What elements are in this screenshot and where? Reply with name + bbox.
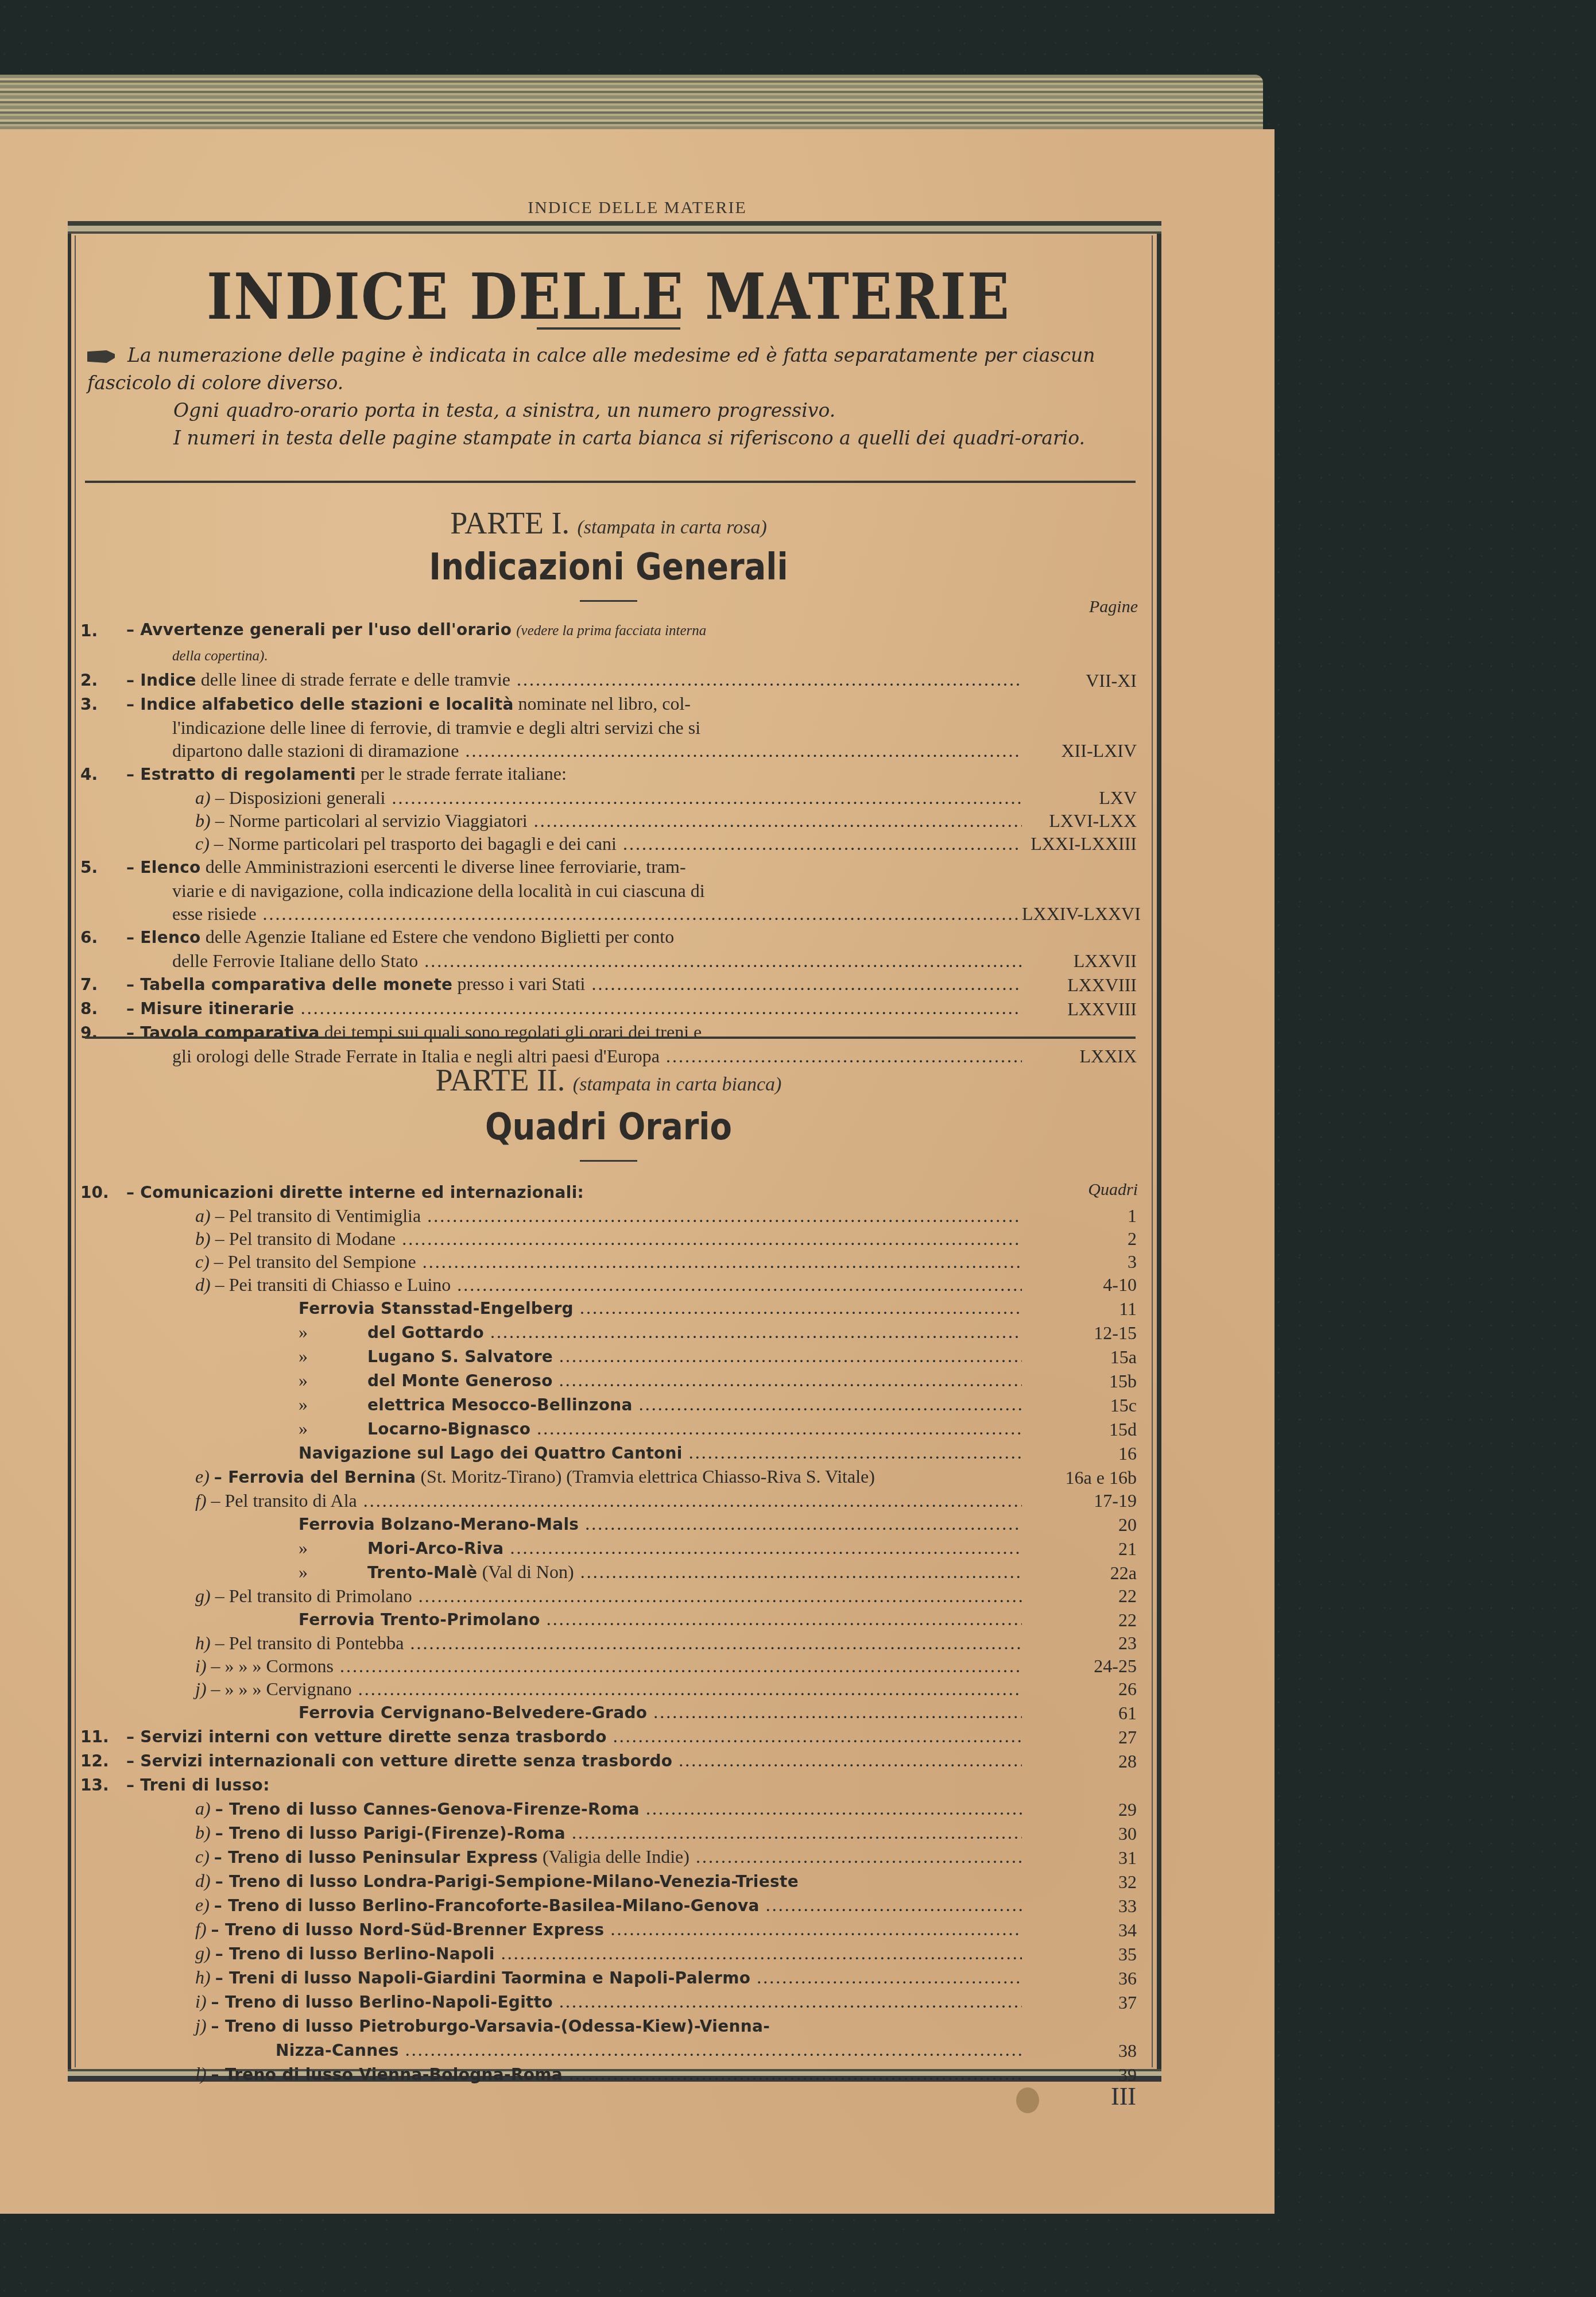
- entry-letter: j): [195, 1679, 207, 1699]
- entry-text: i) – » » » Cormons: [126, 1654, 1022, 1677]
- parte-1-label: PARTE I.: [450, 506, 570, 540]
- page-reference: 33: [1022, 1894, 1137, 1917]
- entry-heading: – Treno di lusso Parigi-(Firenze)-Roma: [215, 1824, 565, 1843]
- toc-entry: l) – Treno di lusso Vienna-Bologna-Roma3…: [80, 2062, 1137, 2086]
- entry-continuation-text: esse risiede: [126, 902, 1022, 925]
- entry-text: »Trento-Malè (Val di Non): [126, 1560, 1022, 1584]
- entry-heading: – Estratto di regolamenti: [126, 765, 356, 784]
- ditto-mark: »: [299, 1368, 367, 1391]
- entry-text: »elettrica Mesocco-Bellinzona: [126, 1393, 1022, 1417]
- section-divider: [85, 481, 1136, 483]
- toc-entry-continuation: viarie e di navigazione, colla indicazio…: [80, 879, 1137, 902]
- entry-text: g) – Treno di lusso Berlino-Napoli: [126, 1942, 1022, 1966]
- entry-letter: j): [195, 2015, 207, 2036]
- page-reference: LXXI-LXXIII: [1022, 832, 1137, 855]
- toc-entry: i) – Treno di lusso Berlino-Napoli-Egitt…: [80, 1990, 1137, 2014]
- toc-entry-continuation: della copertina).: [80, 643, 1137, 668]
- entry-heading: Mori-Arco-Riva: [367, 1539, 504, 1558]
- page-reference: 26: [1022, 1677, 1137, 1700]
- page-reference: 30: [1022, 1822, 1137, 1845]
- toc-entry: j) – Treno di lusso Pietroburgo-Varsavia…: [80, 2014, 1137, 2038]
- toc-entry: »del Monte Generoso15b: [80, 1368, 1137, 1393]
- page-reference: 34: [1022, 1919, 1137, 1942]
- toc-entry: 9.– Tavola comparativa dei tempi sui qua…: [80, 1020, 1137, 1045]
- entry-letter: g): [195, 1586, 211, 1606]
- toc-entry: Navigazione sul Lago dei Quattro Cantoni…: [80, 1441, 1137, 1465]
- entry-text: – Elenco delle Amministrazioni esercenti…: [126, 855, 1022, 879]
- entry-text: e) – Treno di lusso Berlino-Francoforte-…: [126, 1893, 1022, 1917]
- entry-continuation-text: della copertina).: [126, 643, 1022, 668]
- section-rule: [580, 1160, 637, 1162]
- entry-text: j) – » » » Cervignano: [126, 1677, 1022, 1700]
- parte-1-entries: 1.– Avvertenze generali per l'uso dell'o…: [80, 617, 1137, 1068]
- entry-text: – Indice delle linee di strade ferrate e…: [126, 668, 1022, 692]
- entry-continuation-label: dipartono dalle stazioni di diramazione: [172, 740, 459, 761]
- entry-text: – Treni di lusso:: [126, 1773, 1022, 1797]
- entry-text: »Lugano S. Salvatore: [126, 1344, 1022, 1368]
- entry-heading: Ferrovia Cervignano-Belvedere-Grado: [299, 1703, 647, 1722]
- page-reference: 1: [1022, 1204, 1137, 1227]
- toc-entry: Ferrovia Bolzano-Merano-Mals20: [80, 1512, 1137, 1536]
- toc-entry: 10.– Comunicazioni dirette interne ed in…: [80, 1180, 1137, 1204]
- entry-label: – Pel transito del Sempione: [214, 1251, 416, 1272]
- entry-description: (St. Moritz-Tirano) (Tramvia elettrica C…: [420, 1466, 874, 1487]
- entry-continuation-text: delle Ferrovie Italiane dello Stato: [126, 949, 1022, 972]
- entry-description: per le strade ferrate italiane:: [361, 763, 567, 784]
- toc-entry: c) – Treno di lusso Peninsular Express (…: [80, 1845, 1137, 1869]
- entry-text: g) – Pel transito di Primolano: [126, 1584, 1022, 1607]
- entry-letter: h): [195, 1633, 211, 1653]
- page-reference: 12-15: [1022, 1321, 1137, 1344]
- toc-entry: Ferrovia Stansstad-Engelberg11: [80, 1296, 1137, 1320]
- entry-number: 7.: [80, 973, 126, 996]
- parte-2-label: PARTE II.: [436, 1063, 565, 1097]
- entry-letter: b): [195, 810, 211, 831]
- entry-text: Ferrovia Stansstad-Engelberg: [126, 1296, 1022, 1320]
- paper-stain: [1016, 2087, 1039, 2113]
- entry-label: – » » » Cervignano: [211, 1679, 352, 1699]
- toc-entry: 8.– Misure itinerarieLXXVIII: [80, 996, 1137, 1020]
- entry-label: – Disposizioni generali: [215, 787, 386, 808]
- entry-text: Ferrovia Cervignano-Belvedere-Grado: [126, 1700, 1022, 1724]
- entry-text: c) – Treno di lusso Peninsular Express (…: [126, 1845, 1022, 1869]
- entry-text: Navigazione sul Lago dei Quattro Cantoni: [126, 1441, 1022, 1465]
- entry-text: – Comunicazioni dirette interne ed inter…: [126, 1180, 1022, 1204]
- entry-number: 5.: [80, 856, 126, 879]
- entry-letter: c): [195, 1251, 210, 1272]
- toc-entry: »Lugano S. Salvatore15a: [80, 1344, 1137, 1368]
- page-reference: 27: [1022, 1726, 1137, 1749]
- entry-letter: i): [195, 1991, 207, 2012]
- page-reference: XII-LXIV: [1022, 739, 1137, 762]
- page-reference: 31: [1022, 1846, 1137, 1869]
- page-reference: 35: [1022, 1943, 1137, 1966]
- page-reference: 24-25: [1022, 1654, 1137, 1677]
- entry-text: »del Monte Generoso: [126, 1368, 1022, 1393]
- entry-text: – Estratto di regolamenti per le strade …: [126, 762, 1022, 786]
- entry-text: i) – Treno di lusso Berlino-Napoli-Egitt…: [126, 1990, 1022, 2014]
- toc-entry: g) – Pel transito di Primolano22: [80, 1584, 1137, 1607]
- entry-letter: a): [195, 787, 211, 808]
- parte-1-subtitle: (stampata in carta rosa): [578, 517, 767, 538]
- entry-heading: Ferrovia Stansstad-Engelberg: [299, 1299, 574, 1318]
- running-head: INDICE DELLE MATERIE: [0, 198, 1275, 218]
- entry-letter: c): [195, 833, 210, 854]
- page-reference: 16a e 16b: [1022, 1466, 1137, 1489]
- toc-entry: c) – Pel transito del Sempione3: [80, 1250, 1137, 1273]
- toc-entry: f) – Treno di lusso Nord-Süd-Brenner Exp…: [80, 1917, 1137, 1942]
- page-reference: 22a: [1022, 1561, 1137, 1584]
- entry-description: dei tempi sui quali sono regolati gli or…: [324, 1022, 702, 1042]
- toc-entry: »del Gottardo12-15: [80, 1320, 1137, 1344]
- page-reference: 21: [1022, 1537, 1137, 1560]
- entry-letter: b): [195, 1822, 211, 1843]
- page-reference: 20: [1022, 1513, 1137, 1536]
- entry-letter: a): [195, 1798, 211, 1819]
- page-title: INDICE DELLE MATERIE: [80, 260, 1137, 334]
- entry-label: – Pel transito di Ala: [211, 1490, 357, 1511]
- toc-entry-continuation: dipartono dalle stazioni di diramazioneX…: [80, 739, 1137, 762]
- entry-heading: – Tavola comparativa: [126, 1023, 320, 1042]
- entry-heading: – Treno di lusso Berlino-Francoforte-Bas…: [214, 1896, 760, 1915]
- parte-2-entries: 10.– Comunicazioni dirette interne ed in…: [80, 1180, 1137, 2086]
- entry-continuation-text: l'indicazione delle linee di ferrovie, d…: [126, 716, 1022, 739]
- entry-label: – Norme particolari pel trasporto dei ba…: [214, 833, 617, 854]
- entry-number: 12.: [80, 1750, 126, 1773]
- entry-description: delle Agenzie Italiane ed Estere che ven…: [206, 926, 675, 947]
- toc-entry: d) – Treno di lusso Londra-Parigi-Sempio…: [80, 1869, 1137, 1893]
- entry-number: 8.: [80, 997, 126, 1020]
- page-reference: 22: [1022, 1608, 1137, 1631]
- page-reference: LXXIV-LXXVI: [1022, 902, 1137, 925]
- section-divider: [85, 1037, 1136, 1039]
- entry-heading: Lugano S. Salvatore: [367, 1347, 553, 1366]
- entry-heading: – Treno di lusso Vienna-Bologna-Roma: [211, 2065, 563, 2084]
- entry-text: – Avvertenze generali per l'uso dell'ora…: [126, 617, 1022, 643]
- entry-text: – Elenco delle Agenzie Italiane ed Ester…: [126, 925, 1022, 949]
- entry-heading: – Servizi interni con vetture dirette se…: [126, 1727, 607, 1746]
- parte-2-section-title: Quadri Orario: [80, 1105, 1137, 1148]
- toc-entry: h) – Pel transito di Pontebba23: [80, 1631, 1137, 1654]
- toc-entry: 2.– Indice delle linee di strade ferrate…: [80, 668, 1137, 692]
- page-reference: 17-19: [1022, 1489, 1137, 1512]
- entry-description: (Valigia delle Indie): [543, 1846, 689, 1867]
- page-reference: 15d: [1022, 1418, 1137, 1441]
- entry-letter: c): [195, 1846, 210, 1867]
- entry-heading: – Treno di lusso Nord-Süd-Brenner Expres…: [211, 1920, 605, 1939]
- page-reference: LXXVIII: [1022, 973, 1137, 996]
- entry-label: – Pel transito di Pontebba: [215, 1633, 404, 1653]
- entry-heading: del Monte Generoso: [367, 1371, 553, 1390]
- page-reference: LXV: [1022, 786, 1137, 809]
- page-stack-edge: [0, 75, 1263, 135]
- entry-letter: i): [195, 1656, 207, 1676]
- entry-heading: – Servizi internazionali con vetture dir…: [126, 1751, 672, 1770]
- toc-entry: 13.– Treni di lusso:: [80, 1773, 1137, 1797]
- toc-entry: a) – Treno di lusso Cannes-Genova-Firenz…: [80, 1797, 1137, 1821]
- entry-text: f) – Pel transito di Ala: [126, 1489, 1022, 1512]
- page-reference: 36: [1022, 1967, 1137, 1990]
- entry-text: – Tabella comparativa delle monete press…: [126, 972, 1022, 996]
- entry-heading: Navigazione sul Lago dei Quattro Cantoni: [299, 1444, 683, 1463]
- toc-entry: 5.– Elenco delle Amministrazioni esercen…: [80, 855, 1137, 879]
- toc-entry: e) – Treno di lusso Berlino-Francoforte-…: [80, 1893, 1137, 1917]
- parte-1-section-title: Indicazioni Generali: [80, 546, 1137, 589]
- toc-entry-continuation: delle Ferrovie Italiane dello StatoLXXVI…: [80, 949, 1137, 972]
- pagine-column-header: Pagine: [1089, 597, 1138, 617]
- toc-entry: g) – Treno di lusso Berlino-Napoli35: [80, 1942, 1137, 1966]
- entry-text: a) – Treno di lusso Cannes-Genova-Firenz…: [126, 1797, 1022, 1821]
- page-reference: 61: [1022, 1702, 1137, 1724]
- toc-entry: 3.– Indice alfabetico delle stazioni e l…: [80, 692, 1137, 716]
- entry-label: – Pel transito di Ventimiglia: [215, 1205, 421, 1226]
- ditto-mark: »: [299, 1393, 367, 1416]
- entry-letter: f): [195, 1490, 207, 1511]
- entry-label: – Norme particolari al servizio Viaggiat…: [215, 810, 528, 831]
- entry-heading: – Indice: [126, 671, 196, 690]
- toc-entry-continuation: Nizza-Cannes38: [80, 2038, 1137, 2062]
- toc-entry: »elettrica Mesocco-Bellinzona15c: [80, 1393, 1137, 1417]
- entry-heading: – Treno di lusso Berlino-Napoli: [215, 1944, 495, 1963]
- entry-letter: g): [195, 1943, 211, 1963]
- entry-continuation-text: viarie e di navigazione, colla indicazio…: [126, 879, 1022, 902]
- ditto-mark: »: [299, 1417, 367, 1440]
- toc-entry: b) – Norme particolari al servizio Viagg…: [80, 809, 1137, 832]
- entry-letter: d): [195, 1274, 211, 1295]
- entry-text: »Mori-Arco-Riva: [126, 1536, 1022, 1560]
- page-folio: III: [1111, 2082, 1136, 2111]
- entry-description: delle Amministrazioni esercenti le diver…: [206, 856, 686, 877]
- entry-letter: a): [195, 1205, 211, 1226]
- entry-text: a) – Pel transito di Ventimiglia: [126, 1204, 1022, 1227]
- entry-text: – Servizi internazionali con vetture dir…: [126, 1749, 1022, 1773]
- entry-note: (vedere la prima facciata interna: [516, 623, 706, 639]
- entry-text: a) – Disposizioni generali: [126, 786, 1022, 809]
- toc-entry: c) – Norme particolari pel trasporto dei…: [80, 832, 1137, 855]
- page-reference: 2: [1022, 1227, 1137, 1250]
- entry-letter: f): [195, 1919, 207, 1939]
- page-reference: LXXVII: [1022, 949, 1137, 972]
- intro-para-3: I numeri in testa delle pagine stampate …: [87, 424, 1138, 452]
- ditto-mark: »: [299, 1560, 367, 1583]
- page-reference: 37: [1022, 1991, 1137, 2014]
- entry-letter: h): [195, 1967, 211, 1987]
- entry-number: 13.: [80, 1774, 126, 1797]
- entry-heading: – Avvertenze generali per l'uso dell'ora…: [126, 620, 512, 639]
- entry-text: f) – Treno di lusso Nord-Süd-Brenner Exp…: [126, 1917, 1022, 1942]
- toc-entry: 11.– Servizi interni con vetture dirette…: [80, 1724, 1137, 1749]
- entry-label: – Pel transito di Modane: [215, 1228, 396, 1249]
- entry-text: Ferrovia Trento-Primolano: [126, 1607, 1022, 1631]
- section-rule: [580, 600, 637, 602]
- parte-1-heading: PARTE I. (stampata in carta rosa): [80, 505, 1137, 541]
- entry-number: 4.: [80, 763, 126, 786]
- entry-heading: – Treno di lusso Berlino-Napoli-Egitto: [211, 1993, 553, 2012]
- toc-entry: Ferrovia Trento-Primolano22: [80, 1607, 1137, 1631]
- toc-entry: »Locarno-Bignasco15d: [80, 1417, 1137, 1441]
- page-reference: 15b: [1022, 1370, 1137, 1393]
- toc-entry: j) – » » » Cervignano26: [80, 1677, 1137, 1700]
- parte-2-heading: PARTE II. (stampata in carta bianca): [80, 1062, 1137, 1098]
- title-rule: [537, 327, 680, 330]
- page-reference: 4-10: [1022, 1273, 1137, 1296]
- entry-continuation-text: dipartono dalle stazioni di diramazione: [126, 739, 1022, 762]
- entry-text: b) – Pel transito di Modane: [126, 1227, 1022, 1250]
- entry-text: b) – Norme particolari al servizio Viagg…: [126, 809, 1022, 832]
- toc-entry: e) – Ferrovia del Bernina (St. Moritz-Ti…: [80, 1465, 1137, 1489]
- entry-heading: – Misure itinerarie: [126, 999, 295, 1018]
- toc-entry: 1.– Avvertenze generali per l'uso dell'o…: [80, 617, 1137, 643]
- entry-text: – Servizi interni con vetture dirette se…: [126, 1724, 1022, 1749]
- entry-label: – Pel transito di Primolano: [215, 1586, 412, 1606]
- entry-letter: e): [195, 1894, 210, 1915]
- page-reference: 11: [1022, 1297, 1137, 1320]
- entry-number: 1.: [80, 620, 126, 643]
- entry-letter: e): [195, 1466, 210, 1487]
- toc-entry: i) – » » » Cormons24-25: [80, 1654, 1137, 1677]
- entry-heading: – Treni di lusso:: [126, 1776, 270, 1795]
- entry-text: h) – Pel transito di Pontebba: [126, 1631, 1022, 1654]
- entry-heading: – Indice alfabetico delle stazioni e loc…: [126, 695, 514, 714]
- toc-entry-continuation: l'indicazione delle linee di ferrovie, d…: [80, 716, 1137, 739]
- entry-heading: – Treni di lusso Napoli-Giardini Taormin…: [215, 1969, 751, 1987]
- parte-2-subtitle: (stampata in carta bianca): [573, 1074, 782, 1095]
- entry-text: – Tavola comparativa dei tempi sui quali…: [126, 1020, 1022, 1045]
- entry-text: j) – Treno di lusso Pietroburgo-Varsavia…: [126, 2014, 1022, 2038]
- entry-heading: – Comunicazioni dirette interne ed inter…: [126, 1183, 584, 1202]
- entry-label: – » » » Cormons: [211, 1656, 334, 1676]
- page-reference: LXVI-LXX: [1022, 809, 1137, 832]
- entry-number: 3.: [80, 693, 126, 716]
- entry-text: – Misure itinerarie: [126, 996, 1022, 1020]
- entry-description: delle linee di strade ferrate e delle tr…: [201, 669, 510, 690]
- page-reference: 15c: [1022, 1394, 1137, 1417]
- intro-para-2: Ogni quadro-orario porta in testa, a sin…: [87, 397, 1138, 424]
- toc-entry: a) – Disposizioni generaliLXV: [80, 786, 1137, 809]
- entry-text: d) – Pei transiti di Chiasso e Luino: [126, 1273, 1022, 1296]
- entry-number: 10.: [80, 1181, 126, 1204]
- toc-entry: h) – Treni di lusso Napoli-Giardini Taor…: [80, 1966, 1137, 1990]
- entry-text: l) – Treno di lusso Vienna-Bologna-Roma: [126, 2062, 1022, 2086]
- entry-heading: – Treno di lusso Pietroburgo-Varsavia-(O…: [211, 2017, 770, 2036]
- page-reference: 28: [1022, 1750, 1137, 1773]
- ditto-mark: »: [299, 1536, 367, 1559]
- page-reference: 22: [1022, 1584, 1137, 1607]
- entry-heading: – Treno di lusso Peninsular Express: [214, 1848, 538, 1867]
- entry-heading: Locarno-Bignasco: [367, 1420, 530, 1438]
- entry-continuation-label: della copertina).: [172, 648, 268, 664]
- entry-description: nominate nel libro, col-: [518, 693, 691, 714]
- entry-continuation-label: Nizza-Cannes: [276, 2041, 399, 2060]
- ditto-mark: »: [299, 1320, 367, 1343]
- toc-entry: 12.– Servizi internazionali con vetture …: [80, 1749, 1137, 1773]
- entry-continuation-label: esse risiede: [172, 903, 257, 924]
- toc-entry: b) – Pel transito di Modane2: [80, 1227, 1137, 1250]
- entry-number: 9.: [80, 1022, 126, 1045]
- entry-letter: b): [195, 1228, 211, 1249]
- page-reference: VII-XI: [1022, 669, 1137, 692]
- page-reference: 15a: [1022, 1345, 1137, 1368]
- entry-continuation-text: Nizza-Cannes: [126, 2038, 1022, 2062]
- entry-text: d) – Treno di lusso Londra-Parigi-Sempio…: [126, 1869, 1022, 1893]
- toc-entry: 7.– Tabella comparativa delle monete pre…: [80, 972, 1137, 996]
- toc-entry-continuation: esse risiedeLXXIV-LXXVI: [80, 902, 1137, 925]
- toc-entry: 6.– Elenco delle Agenzie Italiane ed Est…: [80, 925, 1137, 949]
- toc-entry: Ferrovia Cervignano-Belvedere-Grado61: [80, 1700, 1137, 1724]
- toc-entry: »Trento-Malè (Val di Non)22a: [80, 1560, 1137, 1584]
- page-reference: 32: [1022, 1870, 1137, 1893]
- frame-top-rule: [68, 221, 1161, 234]
- entry-heading: Trento-Malè: [367, 1563, 478, 1582]
- toc-entry: »Mori-Arco-Riva21: [80, 1536, 1137, 1560]
- entry-text: c) – Norme particolari pel trasporto dei…: [126, 832, 1022, 855]
- page-reference: 38: [1022, 2039, 1137, 2062]
- entry-text: b) – Treno di lusso Parigi-(Firenze)-Rom…: [126, 1821, 1022, 1845]
- entry-text: e) – Ferrovia del Bernina (St. Moritz-Ti…: [126, 1465, 1022, 1489]
- entry-description: presso i vari Stati: [457, 973, 585, 994]
- page-reference: 23: [1022, 1631, 1137, 1654]
- page-reference: 29: [1022, 1798, 1137, 1821]
- page-reference: 16: [1022, 1442, 1137, 1465]
- entry-heading: – Treno di lusso Cannes-Genova-Firenze-R…: [215, 1800, 640, 1819]
- entry-text: Ferrovia Bolzano-Merano-Mals: [126, 1512, 1022, 1536]
- intro-para-1: La numerazione delle pagine è indicata i…: [87, 344, 1095, 394]
- toc-entry: b) – Treno di lusso Parigi-(Firenze)-Rom…: [80, 1821, 1137, 1845]
- entry-heading: Ferrovia Trento-Primolano: [299, 1610, 540, 1629]
- toc-entry: f) – Pel transito di Ala17-19: [80, 1489, 1137, 1512]
- entry-heading: elettrica Mesocco-Bellinzona: [367, 1395, 633, 1414]
- toc-entry: a) – Pel transito di Ventimiglia1: [80, 1204, 1137, 1227]
- toc-entry: d) – Pei transiti di Chiasso e Luino4-10: [80, 1273, 1137, 1296]
- entry-heading: del Gottardo: [367, 1323, 484, 1342]
- entry-heading: – Tabella comparativa delle monete: [126, 975, 452, 994]
- entry-heading: – Elenco: [126, 858, 201, 877]
- entry-letter: l): [195, 2063, 207, 2084]
- page-reference: 3: [1022, 1250, 1137, 1273]
- ditto-mark: »: [299, 1344, 367, 1367]
- entry-number: 2.: [80, 669, 126, 692]
- entry-label: – Pei transiti di Chiasso e Luino: [215, 1274, 451, 1295]
- entry-heading: – Ferrovia del Bernina: [214, 1468, 416, 1487]
- entry-number: 11.: [80, 1726, 126, 1749]
- entry-text: »Locarno-Bignasco: [126, 1417, 1022, 1441]
- toc-entry: 4.– Estratto di regolamenti per le strad…: [80, 762, 1137, 786]
- entry-heading: – Treno di lusso Londra-Parigi-Sempione-…: [215, 1872, 799, 1891]
- entry-heading: – Elenco: [126, 928, 201, 947]
- entry-heading: Ferrovia Bolzano-Merano-Mals: [299, 1515, 579, 1534]
- entry-text: »del Gottardo: [126, 1320, 1022, 1344]
- entry-description: (Val di Non): [482, 1561, 574, 1582]
- pointing-hand-icon: [87, 350, 115, 363]
- entry-number: 6.: [80, 926, 126, 949]
- entry-continuation-label: delle Ferrovie Italiane dello Stato: [172, 950, 418, 971]
- intro-notes: La numerazione delle pagine è indicata i…: [87, 342, 1138, 452]
- page-reference: LXXVIII: [1022, 997, 1137, 1020]
- entry-text: c) – Pel transito del Sempione: [126, 1250, 1022, 1273]
- entry-text: – Indice alfabetico delle stazioni e loc…: [126, 692, 1022, 716]
- entry-text: h) – Treni di lusso Napoli-Giardini Taor…: [126, 1966, 1022, 1990]
- entry-letter: d): [195, 1870, 211, 1891]
